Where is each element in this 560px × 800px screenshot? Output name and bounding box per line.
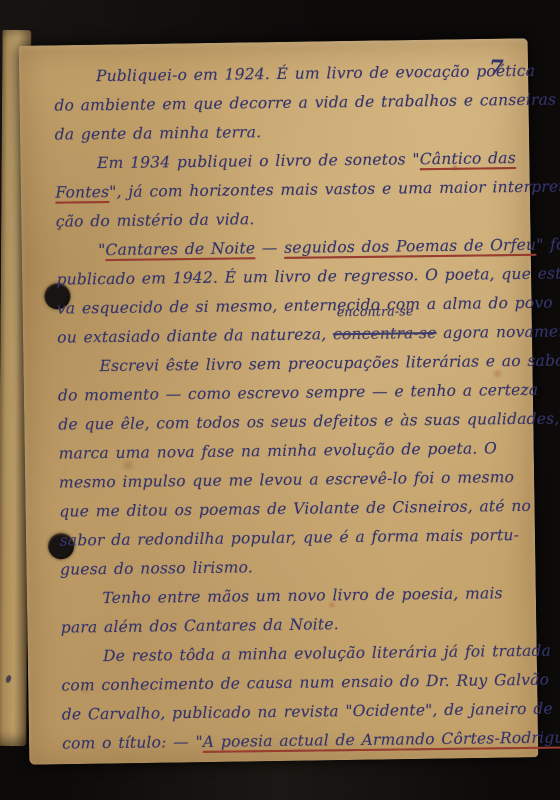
- handwritten-text: ou extasiado diante da natureza,: [57, 325, 333, 346]
- handwritten-text: do ambiente em que decorre a vida de tra…: [54, 91, 556, 115]
- handwritten-text: —: [255, 239, 284, 257]
- handwritten-text: mesmo impulso que me levou a escrevê-lo …: [59, 468, 514, 492]
- handwritten-text: guesa do nosso lirismo.: [60, 558, 253, 578]
- handwritten-text: ", já com horizontes mais vastos e uma m…: [109, 177, 560, 201]
- correction-group: encontra-seconcentra-se: [333, 319, 437, 349]
- handwritten-text: ção do mistério da vida.: [56, 210, 255, 230]
- handwritten-text: De resto tôda a minha evolução literária…: [103, 642, 551, 665]
- scanner-background: 7 Publiquei-o em 1924. É um livro de evo…: [0, 0, 560, 800]
- handwritten-text: sabor da redondilha popular, que é a for…: [60, 526, 520, 550]
- handwritten-text: " foi: [536, 235, 560, 253]
- handwritten-text: de que êle, com todos os seus defeitos e…: [58, 410, 559, 434]
- underlined-title-text: Fontes: [55, 183, 109, 202]
- handwritten-line: Fontes", já com horizontes mais vastos e…: [55, 173, 520, 208]
- handwritten-text: marca uma nova fase na minha evolução de…: [59, 439, 498, 462]
- handwritten-text: com conhecimento de causa num ensaio do …: [61, 671, 549, 695]
- handwritten-text: va esquecido de si mesmo, enternecido co…: [57, 294, 553, 318]
- handwritten-text: agora novamente.: [436, 322, 560, 342]
- underlined-title-text: seguidos dos Poemas de Orfeu: [284, 236, 536, 257]
- underlined-title-text: A poesia actual de Armando Côrtes-Rodrig…: [203, 728, 560, 751]
- underlined-title-text: Cântico das: [420, 149, 516, 168]
- handwritten-line: sabor da redondilha popular, que é a for…: [60, 521, 525, 556]
- manuscript-lines: Publiquei-o em 1924. É um livro de evoca…: [54, 57, 527, 759]
- handwritten-text: publicado em 1942. É um livro de regress…: [56, 264, 560, 288]
- inserted-word: encontra-se: [337, 304, 414, 319]
- handwritten-text: Escrevi êste livro sem preocupações lite…: [99, 351, 560, 375]
- handwritten-line: Tenho entre mãos um novo livro de poesia…: [60, 579, 525, 614]
- handwritten-text: Publiquei-o em 1924. É um livro de evoca…: [96, 62, 535, 85]
- handwritten-text: Em 1934 publiquei o livro de sonetos ": [97, 150, 420, 172]
- handwritten-line: do ambiente em que decorre a vida de tra…: [54, 86, 519, 121]
- handwritten-text: do momento — como escrevo sempre — e ten…: [58, 381, 539, 405]
- handwritten-line: com o título: — "A poesia actual de Arma…: [62, 724, 527, 759]
- manuscript-page: 7 Publiquei-o em 1924. É um livro de evo…: [19, 38, 539, 764]
- underlined-title-text: Cantares de Noite: [105, 239, 255, 259]
- handwritten-text: que me ditou os poemas de Violante de Ci…: [59, 497, 531, 521]
- handwritten-text: da gente da minha terra.: [55, 123, 262, 144]
- struck-word: concentra-se: [333, 324, 437, 343]
- handwritten-text: Tenho entre mãos um novo livro de poesia…: [102, 584, 503, 607]
- handwritten-text: com o título: — ": [62, 733, 203, 753]
- handwritten-text: para além dos Cantares da Noite.: [61, 615, 339, 636]
- handwritten-text: de Carvalho, publicado na revista "Ocide…: [62, 699, 560, 724]
